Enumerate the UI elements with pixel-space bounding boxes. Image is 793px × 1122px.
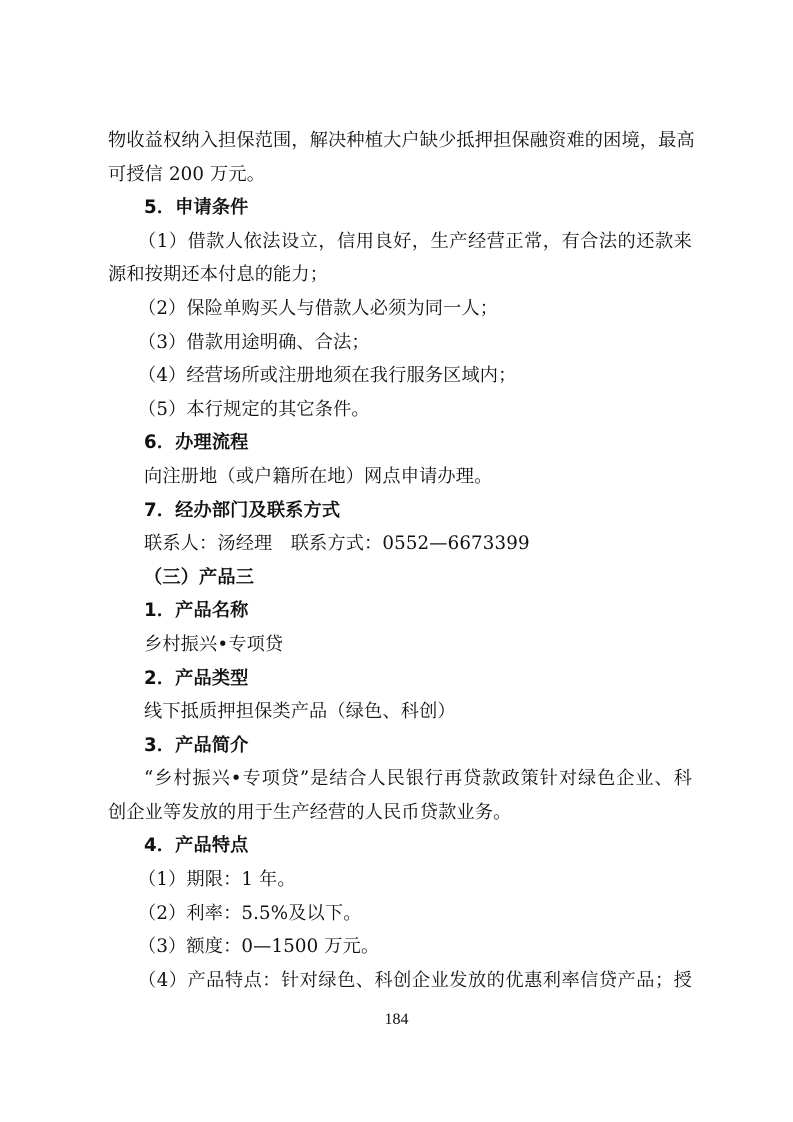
section-heading: 7．经办部门及联系方式 [108, 494, 692, 528]
body-text-line: （1）期限：1 年。 [108, 863, 692, 897]
body-text-line: （2）保险单购买人与借款人必须为同一人； [108, 292, 692, 326]
section-heading: 2．产品类型 [108, 662, 692, 696]
body-text-line: 可授信 200 万元。 [108, 158, 692, 192]
body-text-line: （1）借款人依法设立，信用良好，生产经营正常，有合法的还款来 [108, 225, 692, 259]
body-text-line: 创企业等发放的用于生产经营的人民币贷款业务。 [108, 796, 692, 830]
section-heading: 1．产品名称 [108, 594, 692, 628]
body-text-line: 物收益权纳入担保范围，解决种植大户缺少抵押担保融资难的困境，最高 [108, 124, 692, 158]
section-heading: 4．产品特点 [108, 829, 692, 863]
body-text-line: （3）额度：0—1500 万元。 [108, 930, 692, 964]
document-page: 物收益权纳入担保范围，解决种植大户缺少抵押担保融资难的困境，最高可授信 200 … [108, 124, 692, 997]
body-text-line: 源和按期还本付息的能力； [108, 258, 692, 292]
body-text-line: （2）利率：5.5%及以下。 [108, 897, 692, 931]
body-text-line: 向注册地（或户籍所在地）网点申请办理。 [108, 460, 692, 494]
body-text-line: 线下抵质押担保类产品（绿色、科创） [108, 695, 692, 729]
body-text-line: （5）本行规定的其它条件。 [108, 393, 692, 427]
body-text-line: （3）借款用途明确、合法； [108, 326, 692, 360]
body-text-line: “乡村振兴•专项贷”是结合人民银行再贷款政策针对绿色企业、科 [108, 762, 692, 796]
body-text-line: 联系人：汤经理 联系方式：0552—6673399 [108, 527, 692, 561]
body-text-line: 乡村振兴•专项贷 [108, 628, 692, 662]
section-heading: （三）产品三 [108, 561, 692, 595]
body-text-line: （4）产品特点：针对绿色、科创企业发放的优惠利率信贷产品；授 [108, 964, 692, 998]
body-text-line: （4）经营场所或注册地须在我行服务区域内； [108, 359, 692, 393]
section-heading: 6．办理流程 [108, 426, 692, 460]
section-heading: 5．申请条件 [108, 191, 692, 225]
section-heading: 3．产品简介 [108, 729, 692, 763]
page-number: 184 [0, 1011, 793, 1029]
